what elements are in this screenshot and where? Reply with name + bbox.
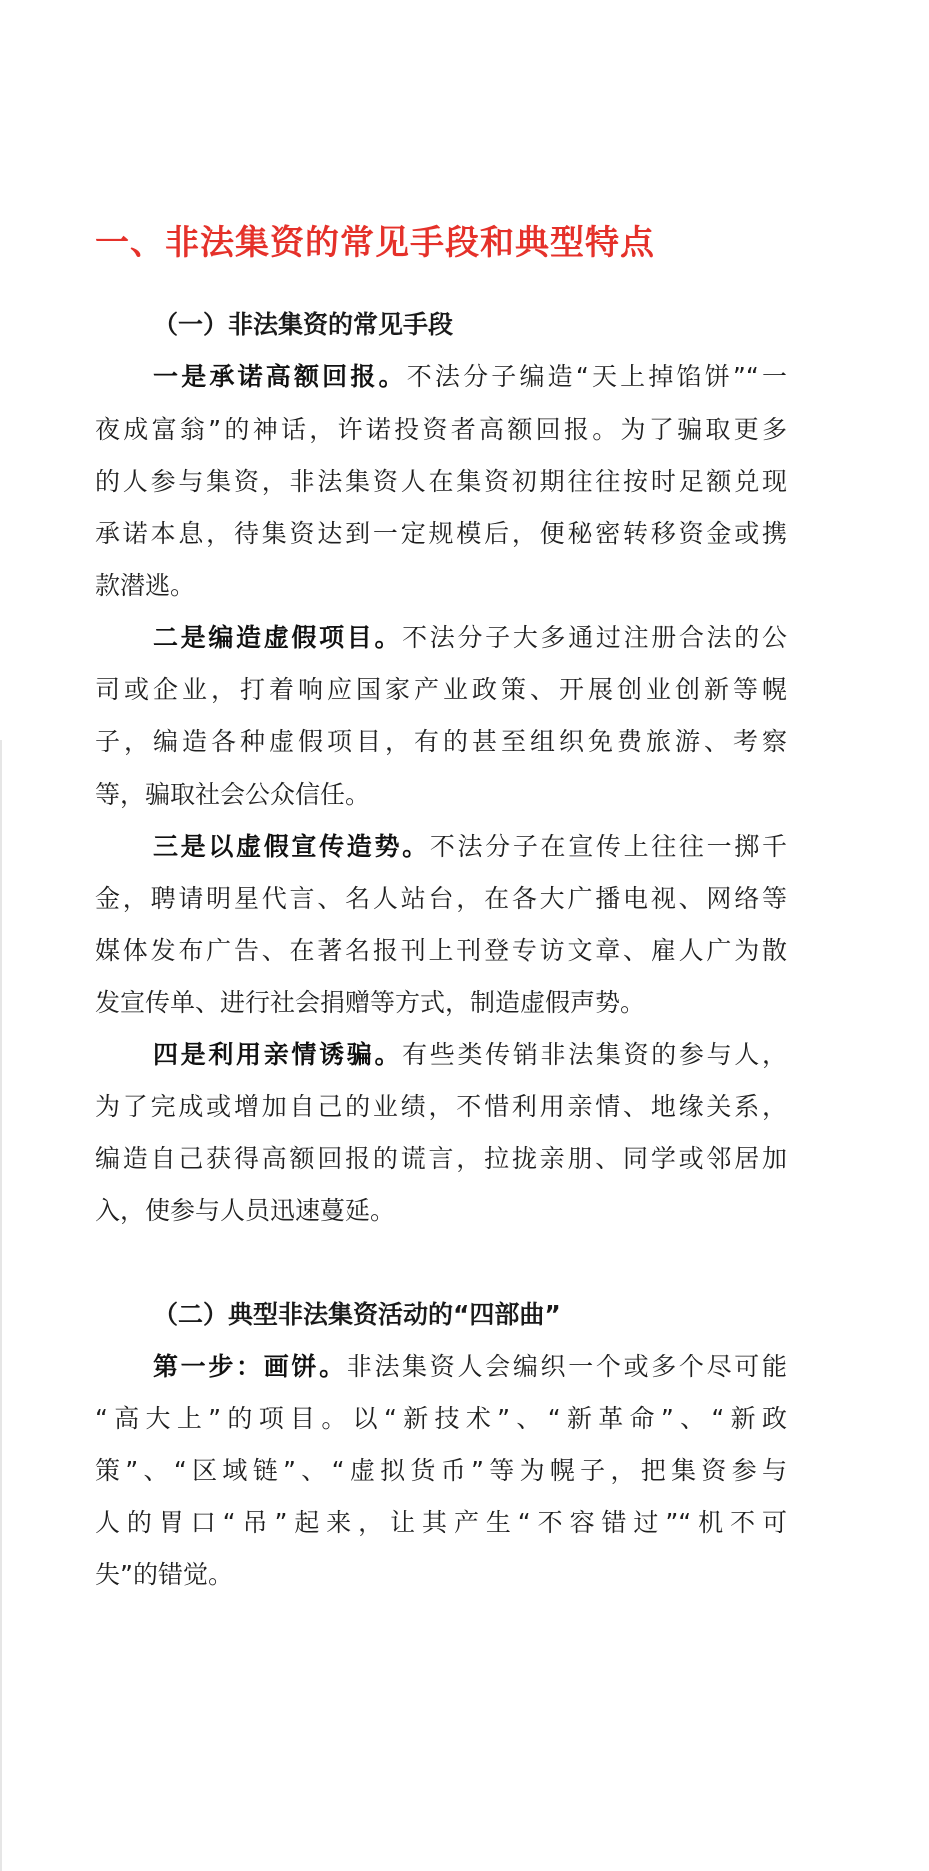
paragraph-3-line-2: 金，聘请明星代言、名人站台，在各大广播电视、网络等 xyxy=(95,873,787,925)
paragraph-2-line-1: 二是编造虚假项目。不法分子大多通过注册合法的公 xyxy=(95,612,787,664)
section-heading-2: （二）典型非法集资活动的“四部曲” xyxy=(95,1289,787,1341)
page-edge-divider xyxy=(0,740,2,1871)
paragraph-4-line-2: 为了完成或增加自己的业绩，不惜利用亲情、地缘关系， xyxy=(95,1081,787,1133)
section-heading-1: （一）非法集资的常见手段 xyxy=(95,299,787,351)
paragraph-5-line-4: 人的胃口“吊”起来，让其产生“不容错过”“机不可 xyxy=(95,1497,787,1549)
paragraph-text: 有些类传销非法集资的参与人， xyxy=(402,1040,787,1069)
paragraph-4-line-3: 编造自己获得高额回报的谎言，拉拢亲朋、同学或邻居加 xyxy=(95,1133,787,1185)
paragraph-1-line-3: 的人参与集资，非法集资人在集资初期往往按时足额兑现 xyxy=(95,456,787,508)
paragraph-2-line-3: 子，编造各种虚假项目，有的甚至组织免费旅游、考察 xyxy=(95,716,787,768)
paragraph-text: 非法集资人会编织一个或多个尽可能 xyxy=(347,1352,787,1381)
paragraph-lead: 四是利用亲情诱骗。 xyxy=(153,1040,402,1069)
paragraph-text: 不法分子编造“天上掉馅饼”“一 xyxy=(407,362,787,391)
paragraph-1-line-5: 款潜逃。 xyxy=(95,560,787,612)
paragraph-5-line-5: 失”的错觉。 xyxy=(95,1549,787,1601)
paragraph-lead: 三是以虚假宣传造势。 xyxy=(153,832,430,861)
paragraph-3-line-3: 媒体发布广告、在著名报刊上刊登专访文章、雇人广为散 xyxy=(95,925,787,977)
paragraph-1-line-2: 夜成富翁”的神话，许诺投资者高额回报。为了骗取更多 xyxy=(95,404,787,456)
paragraph-3-line-4: 发宣传单、进行社会捐赠等方式，制造虚假声势。 xyxy=(95,977,787,1029)
paragraph-text: 不法分子在宣传上往往一掷千 xyxy=(430,832,787,861)
paragraph-2-line-2: 司或企业，打着响应国家产业政策、开展创业创新等幌 xyxy=(95,664,787,716)
paragraph-5-line-3: 策”、“区域链”、“虚拟货币”等为幌子，把集资参与 xyxy=(95,1445,787,1497)
paragraph-lead: 二是编造虚假项目。 xyxy=(153,623,402,652)
page-title: 一、非法集资的常见手段和典型特点 xyxy=(95,221,655,265)
paragraph-3-line-1: 三是以虚假宣传造势。不法分子在宣传上往往一掷千 xyxy=(95,821,787,873)
paragraph-1-line-1: 一是承诺高额回报。不法分子编造“天上掉馅饼”“一 xyxy=(95,351,787,403)
paragraph-text: 不法分子大多通过注册合法的公 xyxy=(402,623,787,652)
paragraph-lead: 一是承诺高额回报。 xyxy=(153,362,407,391)
paragraph-2-line-4: 等，骗取社会公众信任。 xyxy=(95,769,787,821)
paragraph-4-line-1: 四是利用亲情诱骗。有些类传销非法集资的参与人， xyxy=(95,1029,787,1081)
paragraph-1-line-4: 承诺本息，待集资达到一定规模后，便秘密转移资金或携 xyxy=(95,508,787,560)
paragraph-lead: 第一步：画饼。 xyxy=(153,1352,347,1381)
paragraph-5-line-2: “高大上”的项目。以“新技术”、“新革命”、“新政 xyxy=(95,1393,787,1445)
paragraph-5-line-1: 第一步：画饼。非法集资人会编织一个或多个尽可能 xyxy=(95,1341,787,1393)
paragraph-4-line-4: 入，使参与人员迅速蔓延。 xyxy=(95,1185,787,1237)
